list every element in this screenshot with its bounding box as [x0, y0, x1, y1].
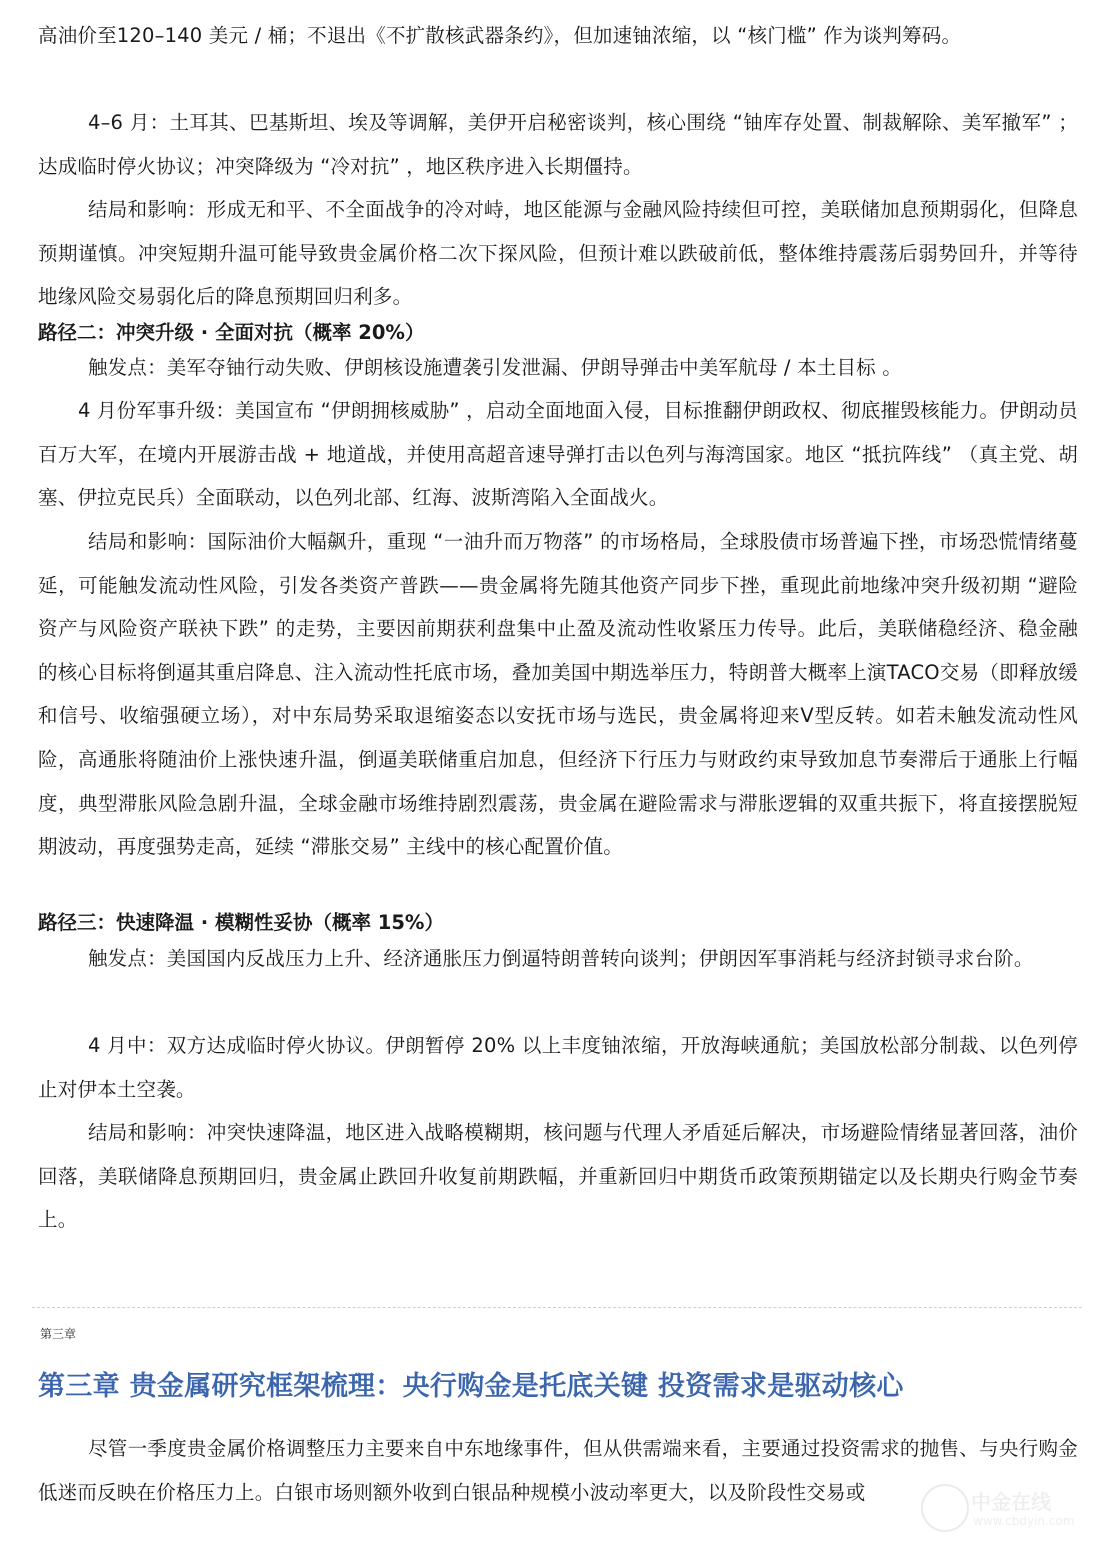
- document-page: 高油价至120–140 美元 / 桶；不退出《不扩散核武器条约》，但加速铀浓缩，…: [0, 0, 1094, 1550]
- path3-heading: 路径三：快速降温 · 模糊性妥协（概率 15%）: [38, 910, 444, 936]
- paragraph-chapter3-intro: 尽管一季度贵金属价格调整压力主要来自中东地缘事件，但从供需端来看，主要通过投资需…: [38, 1427, 1078, 1514]
- paragraph-path1-outcome: 结局和影响：形成无和平、不全面战争的冷对峙，地区能源与金融风险持续但可控，美联储…: [38, 188, 1078, 319]
- paragraph-path2-outcome: 结局和影响：国际油价大幅飙升，重现 “一油升而万物落” 的市场格局，全球股债市场…: [38, 520, 1078, 869]
- chapter-label: 第三章: [40, 1326, 76, 1342]
- path2-heading: 路径二：冲突升级 · 全面对抗（概率 20%）: [38, 320, 424, 346]
- paragraph-path1-apr-jun: 4–6 月：土耳其、巴基斯坦、埃及等调解，美伊开启秘密谈判，核心围绕 “铀库存处…: [38, 101, 1078, 188]
- watermark-url: www.cbdyin.com: [973, 1514, 1074, 1528]
- page-separator: [32, 1307, 1082, 1308]
- paragraph-path1-continuation: 高油价至120–140 美元 / 桶；不退出《不扩散核武器条约》，但加速铀浓缩，…: [38, 14, 1078, 58]
- paragraph-path2-april: 4 月份军事升级：美国宣布 “伊朗拥核威胁” ，启动全面地面入侵，目标推翻伊朗政…: [38, 389, 1078, 520]
- paragraph-path3-april-mid: 4 月中：双方达成临时停火协议。伊朗暂停 20% 以上丰度铀浓缩，开放海峡通航；…: [38, 1024, 1078, 1111]
- paragraph-path2-trigger: 触发点：美军夺铀行动失败、伊朗核设施遭袭引发泄漏、伊朗导弹击中美军航母 / 本土…: [38, 346, 1078, 390]
- paragraph-path3-outcome: 结局和影响：冲突快速降温，地区进入战略模糊期，核问题与代理人矛盾延后解决，市场避…: [38, 1111, 1078, 1242]
- chapter-title: 第三章 贵金属研究框架梳理：央行购金是托底关键 投资需求是驱动核心: [38, 1370, 904, 1404]
- paragraph-path3-trigger: 触发点：美国国内反战压力上升、经济通胀压力倒逼特朗普转向谈判；伊朗因军事消耗与经…: [38, 937, 1078, 981]
